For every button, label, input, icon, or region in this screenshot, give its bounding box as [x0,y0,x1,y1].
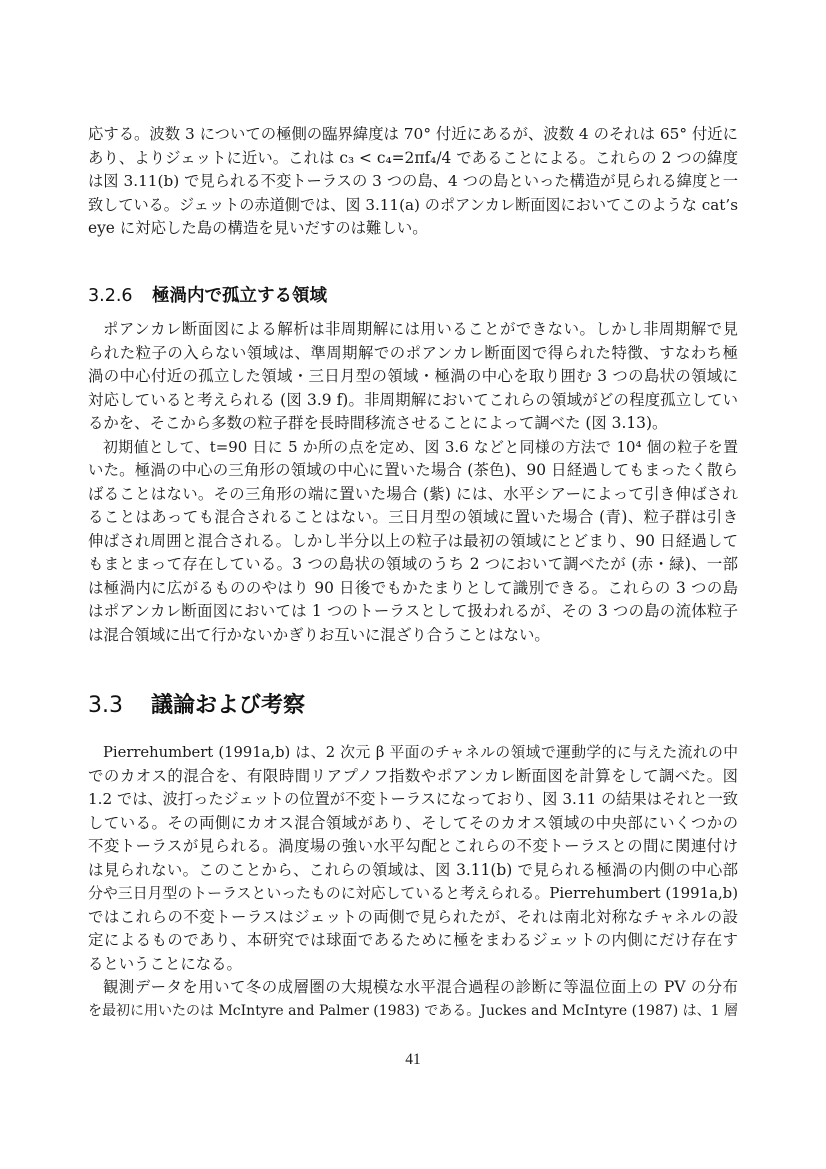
text-line: 不変トーラスが見られる。渦度場の強い水平勾配とこれらの不変トーラスとの間に関連付… [88,835,738,859]
text-line: るかを、そこから多数の粒子群を長時間移流させることによって調べた (図 3.13… [88,412,738,436]
text-line: られた粒子の入らない領域は、準周期解でのポアンカレ断面図で得られた特徴、すなわち… [88,342,738,366]
text-line: 1.2 では、波打ったジェットの位置が不変トーラスになっており、図 3.11 の… [88,788,738,812]
text-line: 観測データを用いて冬の成層圏の大規模な水平混合過程の診断に等温位面上の PV の… [88,976,738,1000]
page-number: 41 [0,1049,826,1071]
text-line: は混合領域に出て行かないかぎりお互いに混ざり合うことはない。 [88,624,738,648]
text-line: あり、よりジェットに近い。これは c₃ < c₄=2πf₄/4 であることによる… [88,147,738,171]
text-line: 初期値として、t=90 日に 5 か所の点を定め、図 3.6 などと同様の方法で… [88,436,738,460]
text-line: いた。極渦の中心の三角形の領域の中心に置いた場合 (茶色)、90 日経過してもま… [88,459,738,483]
section-title: 極渦内で孤立する領域 [152,286,327,306]
section-3-2-6-body: ポアンカレ断面図による解析は非周期解には用いることができない。しかし非周期解で見… [88,318,738,647]
section-number: 3.2.6 [88,284,152,308]
section-title: 議論および考察 [151,693,305,718]
text-line: 分や三日月型のトーラスといったものに対応していると考えられる。Pierrehum… [88,882,738,906]
text-line: Pierrehumbert (1991a,b) は、2 次元 β 平面のチャネル… [88,741,738,765]
text-line: 対応していると考えられる (図 3.9 f)。非周期解においてこれらの領域がどの… [88,389,738,413]
section-number: 3.3 [88,691,151,721]
text-line: ポアンカレ断面図による解析は非周期解には用いることができない。しかし非周期解で見 [88,318,738,342]
text-line: は図 3.11(b) で見られる不変トーラスの 3 つの島、4 つの島といった構… [88,170,738,194]
text-line: は極渦内に広がるもののやはり 90 日後でもかたまりとして識別できる。これらの … [88,577,738,601]
continuation-paragraph: 応する。波数 3 についての極側の臨界緯度は 70° 付近にあるが、波数 4 の… [88,123,738,241]
section-heading-3-2-6: 3.2.6極渦内で孤立する領域 [88,284,327,308]
text-line: もまとまって存在している。3 つの島状の領域のうち 2 つにおいて調べたが (赤… [88,553,738,577]
text-line: はポアンカレ断面図においては 1 つのトーラスとして扱われるが、その 3 つの島… [88,600,738,624]
text-line: でのカオス的混合を、有限時間リアプノフ指数やポアンカレ断面図を計算をして調べた。… [88,765,738,789]
section-heading-3-3: 3.3議論および考察 [88,691,305,721]
text-line: るということになる。 [88,953,738,977]
text-line: 応する。波数 3 についての極側の臨界緯度は 70° 付近にあるが、波数 4 の… [88,123,738,147]
text-line: 定によるものであり、本研究では球面であるために極をまわるジェットの内側にだけ存在… [88,929,738,953]
text-line: 渦の中心付近の孤立した領域・三日月型の領域・極渦の中心を取り囲む 3 つの島状の… [88,365,738,389]
text-line: ばることはない。その三角形の端に置いた場合 (紫) には、水平シアーによって引き… [88,483,738,507]
section-3-3-body: Pierrehumbert (1991a,b) は、2 次元 β 平面のチャネル… [88,741,738,1023]
text-line: は見られない。このことから、これらの領域は、図 3.11(b) で見られる極渦の… [88,859,738,883]
text-line: 伸ばされ周囲と混合される。しかし半分以上の粒子は最初の領域にとどまり、90 日経… [88,530,738,554]
paragraph: 観測データを用いて冬の成層圏の大規模な水平混合過程の診断に等温位面上の PV の… [88,976,738,1023]
paragraph: Pierrehumbert (1991a,b) は、2 次元 β 平面のチャネル… [88,741,738,976]
text-line: eye に対応した島の構造を見いだすのは難しい。 [88,217,738,241]
text-line: ではこれらの不変トーラスはジェットの両側で見られたが、それは南北対称なチャネルの… [88,906,738,930]
text-line: 致している。ジェットの赤道側では、図 3.11(a) のポアンカレ断面図において… [88,194,738,218]
document-page: 応する。波数 3 についての極側の臨界緯度は 70° 付近にあるが、波数 4 の… [0,0,826,1169]
text-line: を最初に用いたのは McIntyre and Palmer (1983) である… [88,1000,738,1024]
text-line: ることはあっても混合されることはない。三日月型の領域に置いた場合 (青)、粒子群… [88,506,738,530]
paragraph: ポアンカレ断面図による解析は非周期解には用いることができない。しかし非周期解で見… [88,318,738,436]
text-line: している。その両側にカオス混合領域があり、そしてそのカオス領域の中央部にいくつか… [88,812,738,836]
paragraph: 初期値として、t=90 日に 5 か所の点を定め、図 3.6 などと同様の方法で… [88,436,738,648]
